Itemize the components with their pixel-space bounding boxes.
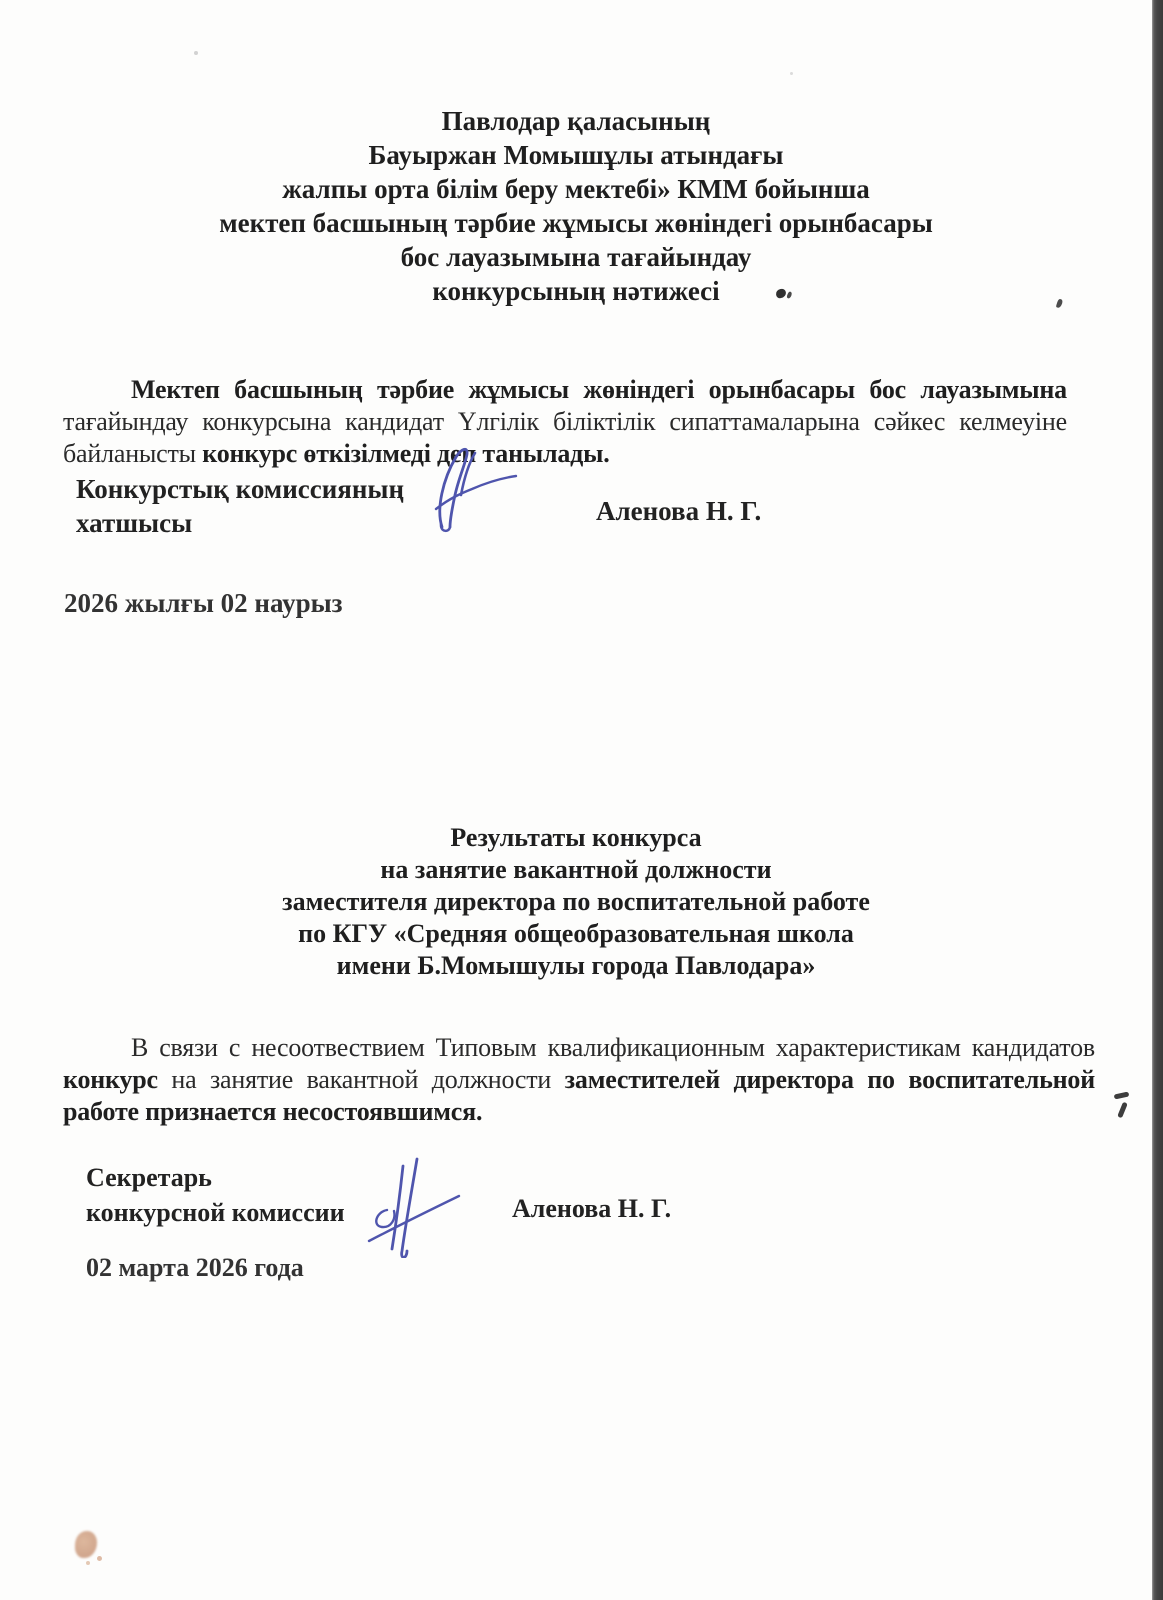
- kk-signature-role-line: хатшысы: [76, 506, 404, 540]
- scan-dust: [194, 51, 198, 55]
- ru-paragraph-bold-word: конкурс: [63, 1065, 158, 1094]
- kk-paragraph-bold-tail: конкурс өткізілмеді деп танылады.: [202, 439, 609, 468]
- stray-pen-mark: [1114, 1091, 1130, 1099]
- paper-stain: [75, 1531, 97, 1558]
- ru-handwritten-signature: [356, 1156, 468, 1258]
- ru-paragraph: В связи с несоотвествием Типовым квалифи…: [63, 1032, 1095, 1128]
- kk-signer-name: Аленова Н. Г.: [596, 496, 761, 527]
- kk-paragraph-bold-lead: Мектеп басшының тәрбие жұмысы жөніндегі …: [131, 375, 1067, 404]
- document-page: Павлодар қаласының Бауыржан Момышұлы аты…: [0, 0, 1163, 1600]
- kk-title: Павлодар қаласының Бауыржан Момышұлы аты…: [0, 104, 1152, 308]
- paper-stain: [86, 1561, 90, 1565]
- kk-signature-role: Конкурстық комиссияның хатшысы: [76, 472, 404, 540]
- kk-title-line: Павлодар қаласының: [0, 104, 1152, 138]
- ru-signature-role: Секретарь конкурсной комиссии: [86, 1160, 345, 1230]
- ru-title-line: Результаты конкурса: [0, 822, 1152, 854]
- paper-stain: [97, 1556, 102, 1561]
- ru-title-line: имени Б.Момышулы города Павлодара»: [0, 950, 1152, 982]
- kk-signature-role-line: Конкурстық комиссияның: [76, 472, 404, 506]
- stray-pen-mark: [1117, 1102, 1128, 1119]
- ru-title-line: заместителя директора по воспитательной …: [0, 886, 1152, 918]
- kk-title-line: Бауыржан Момышұлы атындағы: [0, 138, 1152, 172]
- scan-dust: [790, 72, 793, 75]
- ru-paragraph-regular-lead: В связи с несоотвествием Типовым квалифи…: [131, 1033, 1095, 1062]
- ru-signature-role-line: конкурсной комиссии: [86, 1195, 345, 1230]
- kk-title-line: бос лауазымына тағайындау: [0, 240, 1152, 274]
- kk-handwritten-signature: [428, 447, 524, 535]
- kk-title-line: конкурсының нәтижесі: [0, 274, 1152, 308]
- scanner-edge-shadow: [1152, 0, 1163, 1600]
- kk-title-line: жалпы орта білім беру мектебі» КММ бойын…: [0, 172, 1152, 206]
- ru-title: Результаты конкурса на занятие вакантной…: [0, 822, 1152, 982]
- kk-date: 2026 жылғы 02 наурыз: [64, 588, 343, 619]
- kk-paragraph: Мектеп басшының тәрбие жұмысы жөніндегі …: [63, 374, 1067, 470]
- kk-title-line: мектеп басшының тәрбие жұмысы жөніндегі …: [0, 206, 1152, 240]
- ru-paragraph-regular-mid: на занятие вакантной должности: [158, 1065, 565, 1094]
- ru-title-line: по КГУ «Средняя общеобразовательная школ…: [0, 918, 1152, 950]
- ru-date: 02 марта 2026 года: [86, 1253, 304, 1283]
- ru-title-line: на занятие вакантной должности: [0, 854, 1152, 886]
- ru-signature-role-line: Секретарь: [86, 1160, 345, 1195]
- ru-signer-name: Аленова Н. Г.: [512, 1194, 671, 1224]
